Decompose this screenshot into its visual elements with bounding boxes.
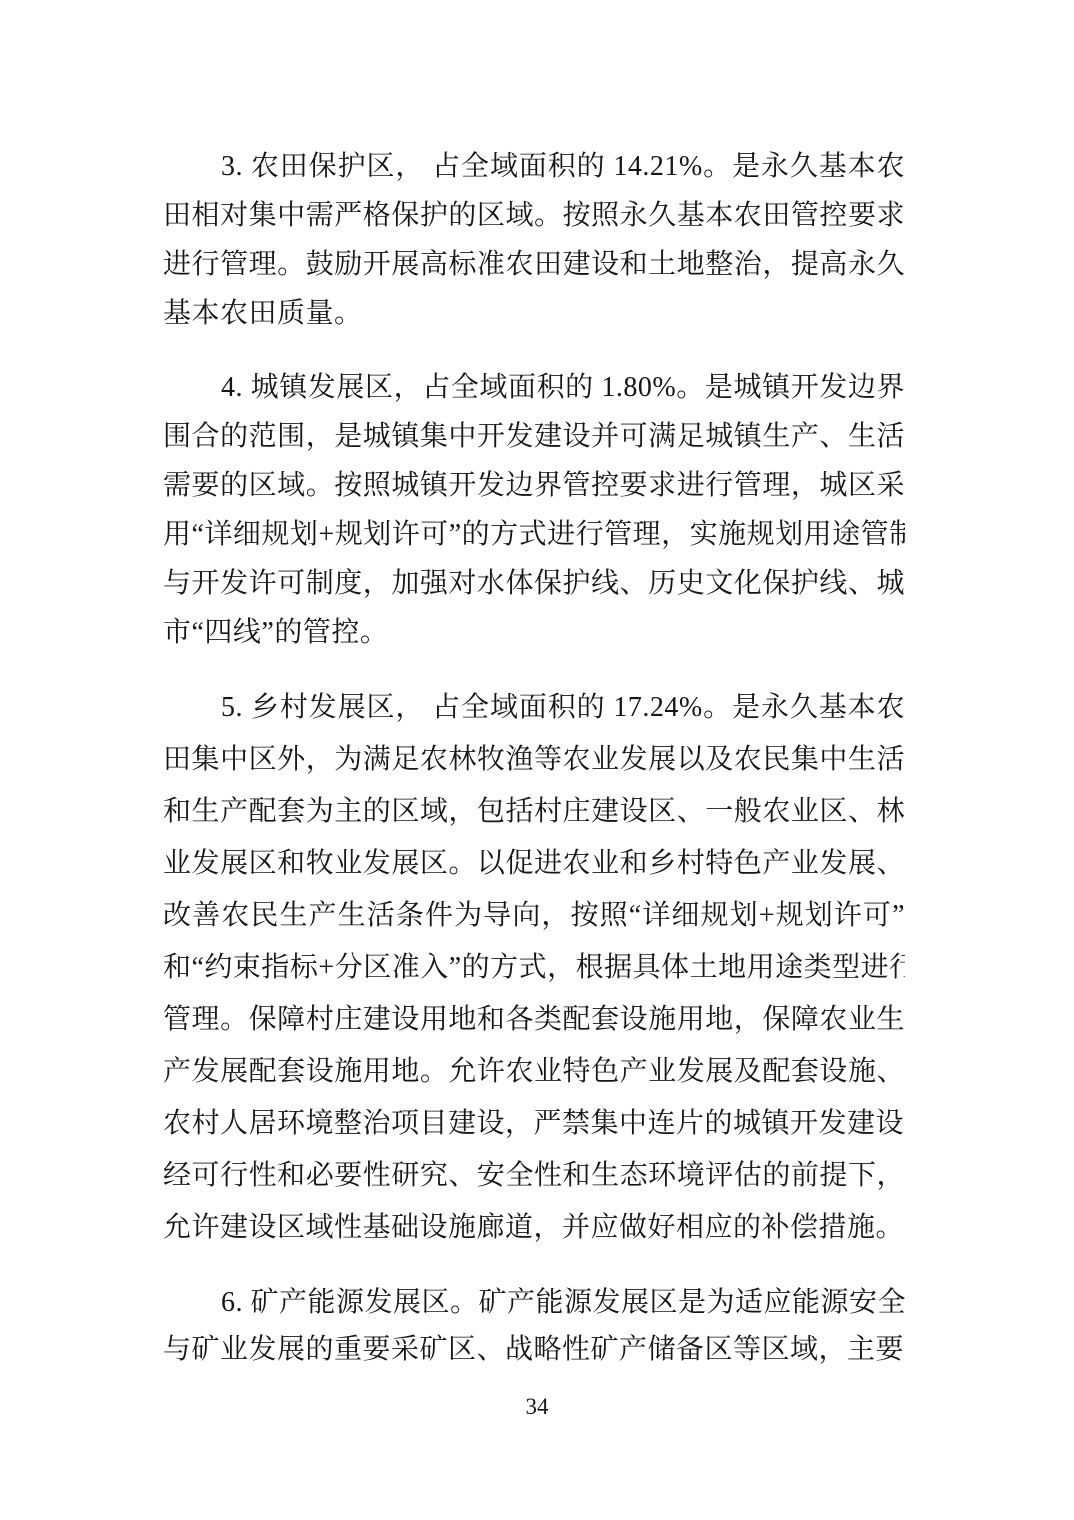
- text-line: 需要的区域。按照城镇开发边界管控要求进行管理，城区采: [163, 461, 905, 510]
- text-line: 市“四线”的管控。: [163, 608, 905, 657]
- text-line: 3. 农田保护区， 占全域面积的 14.21%。是永久基本农: [163, 142, 905, 191]
- text-line: 5. 乡村发展区， 占全域面积的 17.24%。是永久基本农: [163, 682, 905, 734]
- text-line: 管理。保障村庄建设用地和各类配套设施用地，保障农业生: [163, 994, 905, 1046]
- text-line: 农村人居环境整治项目建设，严禁集中连片的城镇开发建设。: [163, 1098, 905, 1150]
- text-line: 改善农民生产生活条件为导向，按照“详细规划+规划许可”: [163, 890, 905, 942]
- paragraph-3-farmland-protection-zone: 3. 农田保护区， 占全域面积的 14.21%。是永久基本农田相对集中需严格保护…: [163, 142, 905, 338]
- text-line: 围合的范围，是城镇集中开发建设并可满足城镇生产、生活: [163, 412, 905, 461]
- paragraph-5-rural-development-zone: 5. 乡村发展区， 占全域面积的 17.24%。是永久基本农田集中区外，为满足农…: [163, 682, 905, 1254]
- text-line: 进行管理。鼓励开展高标准农田建设和土地整治，提高永久: [163, 240, 905, 289]
- text-line: 和生产配套为主的区域，包括村庄建设区、一般农业区、林: [163, 786, 905, 838]
- paragraph-4-urban-development-zone: 4. 城镇发展区，占全域面积的 1.80%。是城镇开发边界围合的范围，是城镇集中…: [163, 363, 905, 657]
- text-line: 基本农田质量。: [163, 289, 905, 338]
- document-page: 3. 农田保护区， 占全域面积的 14.21%。是永久基本农田相对集中需严格保护…: [0, 0, 1074, 1520]
- text-line: 允许建设区域性基础设施廊道，并应做好相应的补偿措施。: [163, 1202, 905, 1254]
- text-line: 6. 矿产能源发展区。矿产能源发展区是为适应能源安全: [163, 1279, 905, 1326]
- text-line: 用“详细规划+规划许可”的方式进行管理，实施规划用途管制: [163, 510, 905, 559]
- text-line: 4. 城镇发展区，占全域面积的 1.80%。是城镇开发边界: [163, 363, 905, 412]
- paragraph-6-mineral-energy-development-zone: 6. 矿产能源发展区。矿产能源发展区是为适应能源安全与矿业发展的重要采矿区、战略…: [163, 1279, 905, 1373]
- text-line: 与矿业发展的重要采矿区、战略性矿产储备区等区域，主要: [163, 1326, 905, 1373]
- text-line: 经可行性和必要性研究、安全性和生态环境评估的前提下，: [163, 1150, 905, 1202]
- text-line: 业发展区和牧业发展区。以促进农业和乡村特色产业发展、: [163, 838, 905, 890]
- body-text: 3. 农田保护区， 占全域面积的 14.21%。是永久基本农田相对集中需严格保护…: [163, 142, 905, 1373]
- text-line: 产发展配套设施用地。允许农业特色产业发展及配套设施、: [163, 1046, 905, 1098]
- text-line: 田集中区外，为满足农林牧渔等农业发展以及农民集中生活: [163, 734, 905, 786]
- text-line: 田相对集中需严格保护的区域。按照永久基本农田管控要求: [163, 191, 905, 240]
- text-line: 和“约束指标+分区准入”的方式，根据具体土地用途类型进行: [163, 942, 905, 994]
- page-number: 34: [0, 1394, 1074, 1420]
- text-line: 与开发许可制度，加强对水体保护线、历史文化保护线、城: [163, 559, 905, 608]
